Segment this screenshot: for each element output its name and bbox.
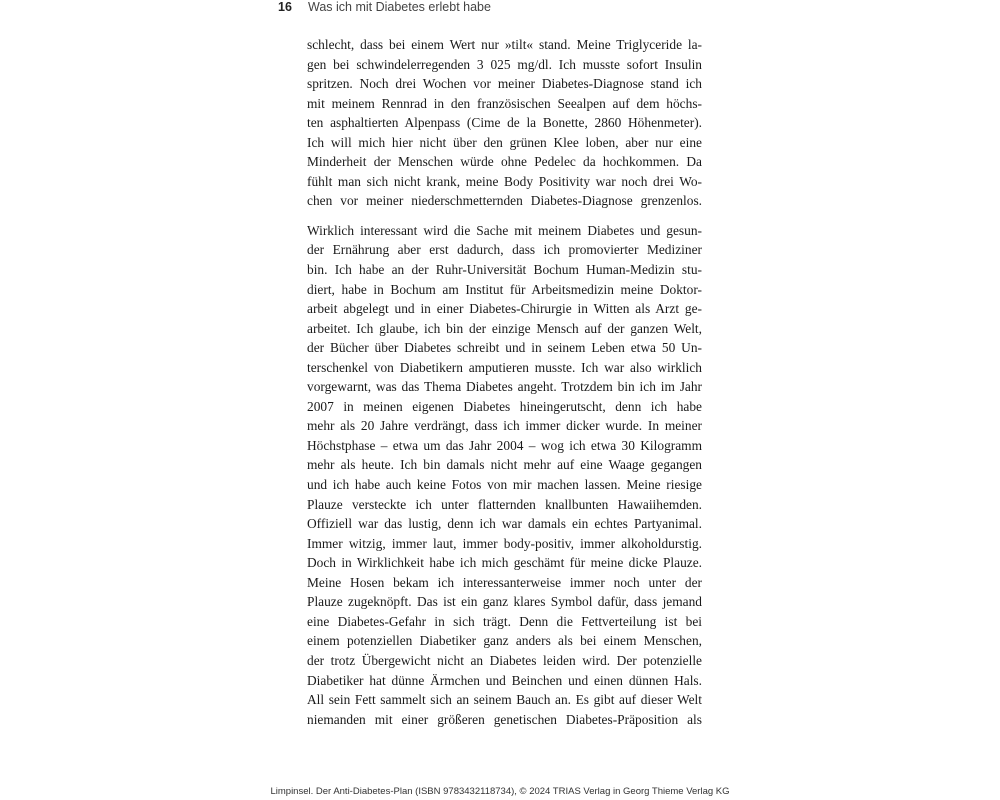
text-line: mehr als 20 Jahre verdrängt, dass ich im… <box>307 416 702 436</box>
body-text: schlecht, dass bei einem Wert nur »tilt«… <box>307 35 702 729</box>
text-line: Immer witzig, immer laut, immer body-pos… <box>307 534 702 554</box>
text-line: diert, habe in Bochum am Institut für Ar… <box>307 280 702 300</box>
text-line: eine Diabetes-Gefahr in sich trägt. Denn… <box>307 612 702 632</box>
text-line: Höchstphase – etwa um das Jahr 2004 – wo… <box>307 436 702 456</box>
chapter-title: Was ich mit Diabetes erlebt habe <box>308 0 491 14</box>
text-line: der Bücher über Diabetes schreibt und in… <box>307 338 702 358</box>
text-line: vorgewarnt, was das Thema Diabetes angeh… <box>307 377 702 397</box>
text-line: All sein Fett sammelt sich an seinem Bau… <box>307 690 702 710</box>
paragraph-1: schlecht, dass bei einem Wert nur »tilt«… <box>307 35 702 211</box>
text-line: der Ernährung aber erst dadurch, dass ic… <box>307 240 702 260</box>
text-line: ten asphaltierten Alpenpass (Cime de la … <box>307 113 702 133</box>
text-line: Plauze versteckte ich unter flatternden … <box>307 495 702 515</box>
text-line: gen bei schwindelerregenden 3 025 mg/dl.… <box>307 55 702 75</box>
running-head: 16Was ich mit Diabetes erlebt habe <box>278 0 491 14</box>
text-line: arbeitet. Ich glaube, ich bin der einzig… <box>307 319 702 339</box>
text-line: 2007 in meinen eigenen Diabetes hineinge… <box>307 397 702 417</box>
text-line: der trotz Übergewicht nicht an Diabetes … <box>307 651 702 671</box>
text-line: und ich habe auch keine Fotos von mir ma… <box>307 475 702 495</box>
text-line: Diabetiker hat dünne Ärmchen und Beinche… <box>307 671 702 691</box>
text-line: Offiziell war das lustig, denn ich war d… <box>307 514 702 534</box>
text-line: Doch in Wirklichkeit habe ich mich gesch… <box>307 553 702 573</box>
text-line: arbeit abgelegt und in einer Diabetes-Ch… <box>307 299 702 319</box>
text-line: mit meinem Rennrad in den französischen … <box>307 94 702 114</box>
page-number: 16 <box>278 0 308 14</box>
copyright-footer: Limpinsel. Der Anti-Diabetes-Plan (ISBN … <box>0 786 1000 798</box>
text-line: Meine Hosen bekam ich interessanterweise… <box>307 573 702 593</box>
text-line: einem potenziellen Diabetiker ganz ander… <box>307 631 702 651</box>
text-line: Minderheit der Menschen würde ohne Pedel… <box>307 152 702 172</box>
text-line: spritzen. Noch drei Wochen vor meiner Di… <box>307 74 702 94</box>
text-line: Plauze zugeknöpft. Das ist ein ganz klar… <box>307 592 702 612</box>
paragraph-2: Wirklich interessant wird die Sache mit … <box>307 221 702 729</box>
text-line: bin. Ich habe an der Ruhr-Universität Bo… <box>307 260 702 280</box>
text-line: chen vor meiner niederschmetternden Diab… <box>307 191 702 211</box>
text-line: Wirklich interessant wird die Sache mit … <box>307 221 702 241</box>
text-line: Ich will mich hier nicht über den grünen… <box>307 133 702 153</box>
text-line: niemanden mit einer größeren genetischen… <box>307 710 702 730</box>
text-line: terschenkel von Diabetikern amputieren m… <box>307 358 702 378</box>
text-line: fühlt man sich nicht krank, meine Body P… <box>307 172 702 192</box>
text-line: mehr als heute. Ich bin damals nicht meh… <box>307 455 702 475</box>
text-line: schlecht, dass bei einem Wert nur »tilt«… <box>307 35 702 55</box>
